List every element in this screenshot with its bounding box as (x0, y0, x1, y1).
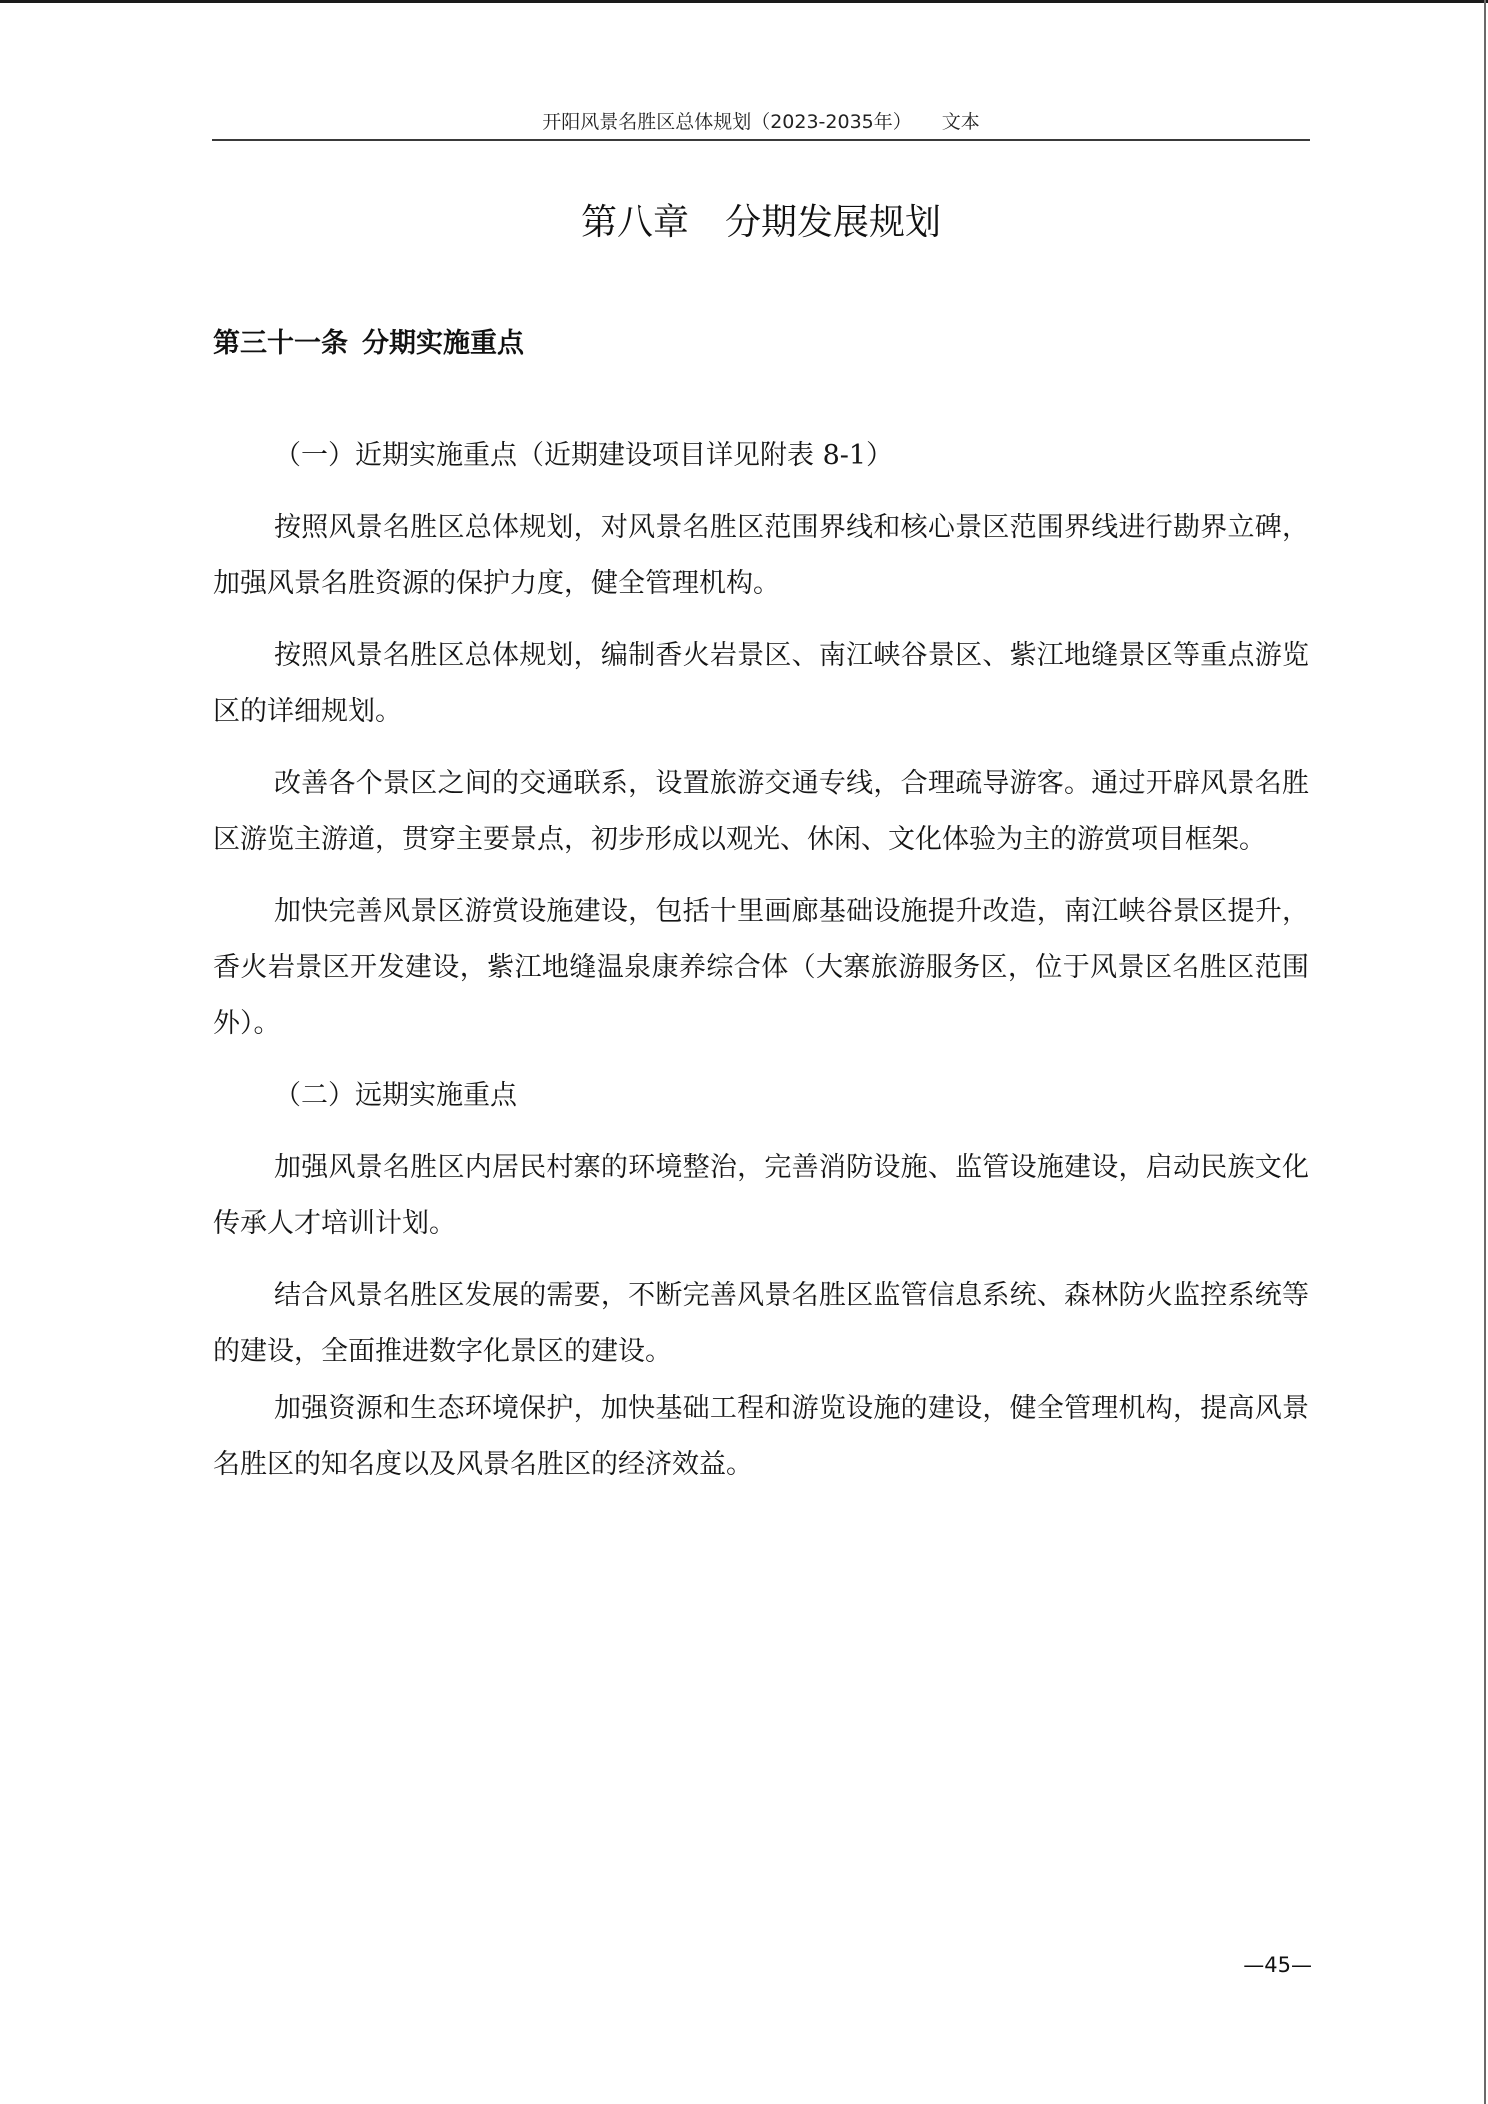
header-rule (212, 139, 1310, 141)
paragraph: 按照风景名胜区总体规划，编制香火岩景区、南江峡谷景区、紫江地缝景区等重点游览区的… (213, 628, 1309, 740)
section-heading: 第三十一条分期实施重点 (213, 324, 524, 364)
paragraph: 结合风景名胜区发展的需要，不断完善风景名胜区监管信息系统、森林防火监控系统等的建… (213, 1268, 1309, 1380)
page-top-border (0, 0, 1488, 3)
page-number: —45— (1236, 1950, 1312, 1980)
section-number: 第三十一条 (213, 328, 348, 359)
running-header-title: 开阳风景名胜区总体规划（2023-2035年） (542, 111, 912, 133)
paragraph: 按照风景名胜区总体规划，对风景名胜区范围界线和核心景区范围界线进行勘界立碑，加强… (213, 500, 1309, 612)
paragraph: 加强资源和生态环境保护，加快基础工程和游览设施的建设，健全管理机构，提高风景名胜… (213, 1381, 1309, 1493)
running-header-doc-type: 文本 (942, 111, 980, 133)
paragraph: 加快完善风景区游赏设施建设，包括十里画廊基础设施提升改造，南江峡谷景区提升，香火… (213, 884, 1309, 1052)
paragraph: 改善各个景区之间的交通联系，设置旅游交通专线，合理疏导游客。通过开辟风景名胜区游… (213, 756, 1309, 868)
subheading-near-term: （一）近期实施重点（近期建设项目详见附表 8-1） (213, 428, 1309, 484)
chapter-title: 第八章分期发展规划 (212, 198, 1310, 248)
document-body: （一）近期实施重点（近期建设项目详见附表 8-1） 按照风景名胜区总体规划，对风… (213, 428, 1309, 1509)
chapter-number: 第八章 (581, 202, 689, 243)
section-title: 分期实施重点 (362, 328, 524, 359)
chapter-name: 分期发展规划 (725, 202, 941, 243)
paragraph: 加强风景名胜区内居民村寨的环境整治，完善消防设施、监管设施建设，启动民族文化传承… (213, 1140, 1309, 1252)
running-header: 开阳风景名胜区总体规划（2023-2035年）文本 (212, 108, 1310, 136)
page-right-border (1484, 0, 1486, 2104)
subheading-long-term: （二）远期实施重点 (213, 1068, 1309, 1124)
